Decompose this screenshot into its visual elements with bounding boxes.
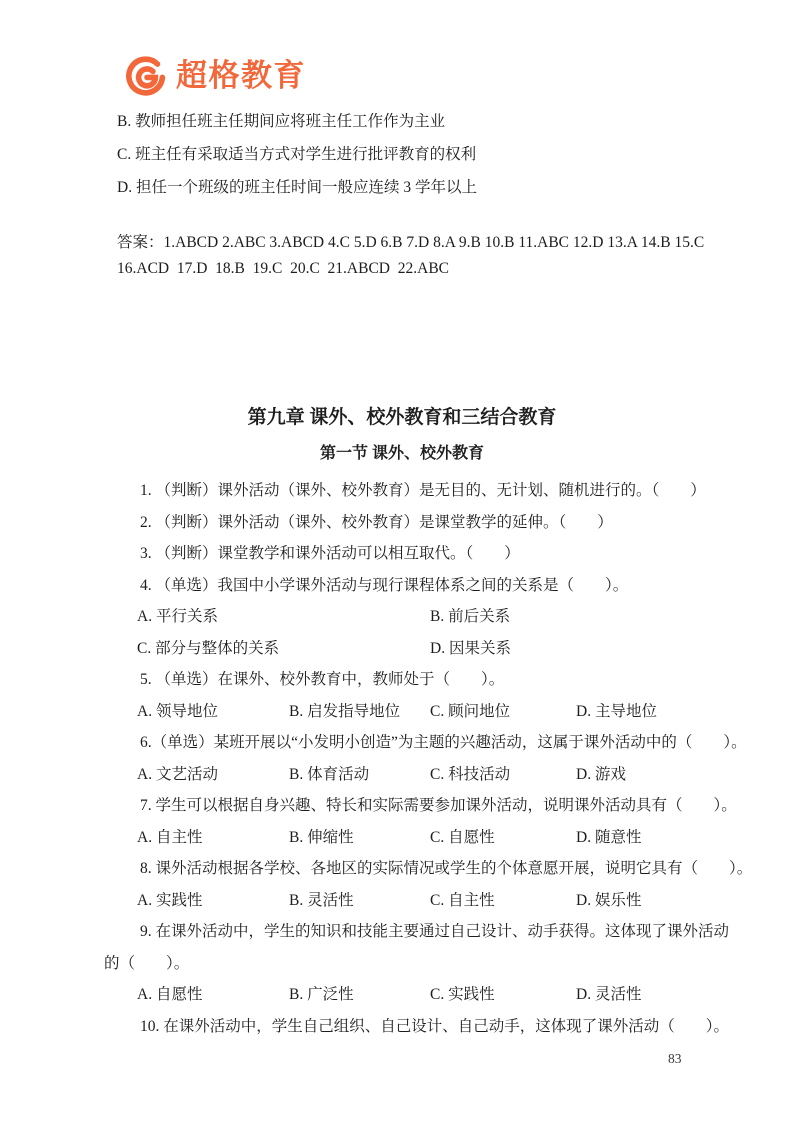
answer-key-line-1: 答案：1.ABCD 2.ABC 3.ABCD 4.C 5.D 6.B 7.D 8… <box>117 230 704 256</box>
question-7-option-d: D. 随意性 <box>576 828 641 848</box>
question-10: 10. 在课外活动中，学生自己组织、自己设计、自己动手，这体现了课外活动（ ）。 <box>140 1017 729 1037</box>
answer-key-line-2: 16.ACD 17.D 18.B 19.C 20.C 21.ABCD 22.AB… <box>117 256 449 282</box>
question-6-options-row: A. 文艺活动 B. 体育活动 C. 科技活动 D. 游戏 <box>104 765 700 787</box>
question-7-options-row: A. 自主性 B. 伸缩性 C. 自愿性 D. 随意性 <box>104 828 700 850</box>
question-9-option-b: B. 广泛性 <box>289 985 354 1005</box>
document-content: B. 教师担任班主任期间应将班主任工作作为主业 C. 班主任有采取适当方式对学生… <box>104 0 700 1137</box>
question-7: 7. 学生可以根据自身兴趣、特长和实际需要参加课外活动，说明课外活动具有（ ）。 <box>140 796 737 816</box>
question-9-line-1: 9. 在课外活动中，学生的知识和技能主要通过自己设计、动手获得。这体现了课外活动 <box>140 922 729 942</box>
question-8-option-d: D. 娱乐性 <box>576 891 641 911</box>
question-1: 1. （判断）课外活动（课外、校外教育）是无目的、无计划、随机进行的。（ ） <box>140 481 706 501</box>
section-title: 第一节 课外、校外教育 <box>104 440 700 463</box>
question-3: 3. （判断）课堂教学和课外活动可以相互取代。（ ） <box>140 544 520 564</box>
question-9-line-2: 的（ ）。 <box>104 954 189 974</box>
question-9-option-d: D. 灵活性 <box>576 985 641 1005</box>
question-2: 2. （判断）课外活动（课外、校外教育）是课堂教学的延伸。（ ） <box>140 513 613 533</box>
question-4-option-a: A. 平行关系 <box>137 607 218 627</box>
question-7-option-b: B. 伸缩性 <box>289 828 354 848</box>
question-5-option-d: D. 主导地位 <box>576 702 657 722</box>
question-4-options-row-1: A. 平行关系 B. 前后关系 <box>104 607 700 629</box>
chapter-title: 第九章 课外、校外教育和三结合教育 <box>104 402 700 429</box>
question-5-options-row: A. 领导地位 B. 启发指导地位 C. 顾问地位 D. 主导地位 <box>104 702 700 724</box>
question-9-options-row: A. 自愿性 B. 广泛性 C. 实践性 D. 灵活性 <box>104 985 700 1007</box>
question-7-option-c: C. 自愿性 <box>430 828 495 848</box>
question-4-option-c: C. 部分与整体的关系 <box>137 639 279 659</box>
question-6-option-a: A. 文艺活动 <box>137 765 218 785</box>
question-4-option-d: D. 因果关系 <box>430 639 511 659</box>
question-7-option-a: A. 自主性 <box>137 828 202 848</box>
question-4-option-b: B. 前后关系 <box>430 607 510 627</box>
prev-option-b: B. 教师担任班主任期间应将班主任工作作为主业 <box>117 112 445 132</box>
question-5: 5. （单选）在课外、校外教育中，教师处于（ ）。 <box>140 670 504 690</box>
prev-option-c: C. 班主任有采取适当方式对学生进行批评教育的权利 <box>117 145 476 165</box>
question-5-option-b: B. 启发指导地位 <box>289 702 400 722</box>
question-5-option-c: C. 顾问地位 <box>430 702 510 722</box>
question-8-option-a: A. 实践性 <box>137 891 202 911</box>
question-4-options-row-2: C. 部分与整体的关系 D. 因果关系 <box>104 639 700 661</box>
question-8-option-b: B. 灵活性 <box>289 891 354 911</box>
question-6-option-d: D. 游戏 <box>576 765 626 785</box>
question-8-option-c: C. 自主性 <box>430 891 495 911</box>
question-6-option-b: B. 体育活动 <box>289 765 369 785</box>
question-8-options-row: A. 实践性 B. 灵活性 C. 自主性 D. 娱乐性 <box>104 891 700 913</box>
question-6: 6.（单选）某班开展以“小发明小创造”为主题的兴趣活动，这属于课外活动中的（ ）… <box>140 733 747 753</box>
question-8: 8. 课外活动根据各学校、各地区的实际情况或学生的个体意愿开展，说明它具有（ ）… <box>140 859 752 879</box>
page-number: 83 <box>668 1051 682 1067</box>
question-6-option-c: C. 科技活动 <box>430 765 510 785</box>
question-4: 4. （单选）我国中小学课外活动与现行课程体系之间的关系是（ ）。 <box>140 576 628 596</box>
question-9-option-a: A. 自愿性 <box>137 985 202 1005</box>
question-5-option-a: A. 领导地位 <box>137 702 218 722</box>
question-9-option-c: C. 实践性 <box>430 985 495 1005</box>
prev-option-d: D. 担任一个班级的班主任时间一般应连续 3 学年以上 <box>117 178 477 198</box>
document-page: 超格教育 B. 教师担任班主任期间应将班主任工作作为主业 C. 班主任有采取适当… <box>0 0 804 1137</box>
